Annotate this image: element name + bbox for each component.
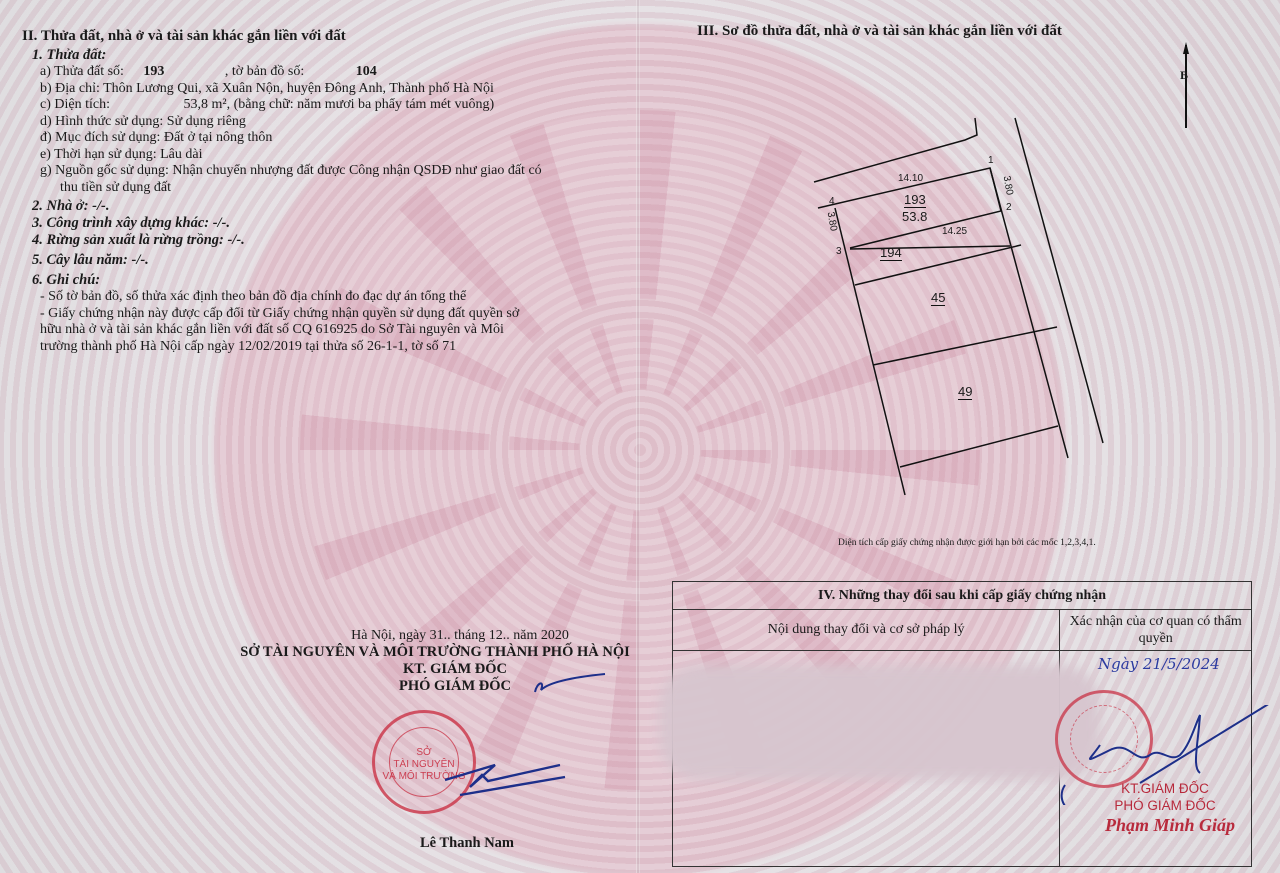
usage-form-row: d) Hình thức sử dụng: Sử dụng riêng (22, 114, 622, 131)
other-construction-item: 3. Công trình xây dựng khác: -/-. (22, 215, 622, 232)
parcel-193-label: 193 (904, 192, 926, 208)
confirm-deputy: PHÓ GIÁM ĐỐC (1090, 797, 1240, 814)
note-line-2: - Giấy chứng nhận này được cấp đổi từ Gi… (22, 306, 622, 323)
issuing-authority: SỞ TÀI NGUYÊN VÀ MÔI TRƯỜNG THÀNH PHỐ HÀ… (220, 644, 650, 661)
usage-form-value: Sử dụng riêng (167, 114, 246, 129)
changes-col-confirmation: Xác nhận của cơ quan có thẩm quyền (1060, 610, 1252, 651)
diagram-caption: Diện tích cấp giấy chứng nhận được giới … (838, 538, 1096, 548)
map-label: , tờ bản đồ số: (225, 64, 304, 79)
purpose-value: Đất ở tại nông thôn (164, 130, 273, 145)
term-row: e) Thời hạn sử dụng: Lâu dài (22, 147, 622, 164)
neighbor-parcel-194: 194 (880, 245, 902, 261)
corner-2-label: 2 (1006, 202, 1012, 213)
purpose-row: đ) Mục đích sử dụng: Đất ở tại nông thôn (22, 130, 622, 147)
changes-col-content: Nội dung thay đổi và cơ sở pháp lý (673, 610, 1060, 651)
redacted-region (660, 665, 1100, 780)
address-label: b) Địa chỉ: (40, 81, 100, 96)
area-value: 53,8 m², (bằng chữ: năm mươi ba phẩy tám… (184, 97, 495, 112)
signature-initial-icon (525, 670, 615, 700)
parcel-label: a) Thửa đất số: (40, 64, 124, 79)
house-item: 2. Nhà ở: -/-. (22, 198, 622, 215)
neighbor-parcel-49: 49 (958, 384, 972, 400)
top-length-label: 14.10 (898, 173, 923, 184)
note-line-1: - Số tờ bản đồ, số thửa xác định theo bả… (22, 289, 622, 306)
corner-3-label: 3 (836, 246, 842, 257)
signature-icon (440, 755, 580, 800)
center-fold (636, 0, 640, 873)
left-page: II. Thửa đất, nhà ở và tài sản khác gắn … (22, 28, 622, 355)
note-line-4: trường thành phố Hà Nội cấp ngày 12/02/2… (22, 339, 622, 356)
parcel-number-row: a) Thửa đất số: 193 , tờ bản đồ số: 104 (22, 64, 622, 81)
parcel-number: 193 (127, 64, 221, 81)
term-value: Lâu dài (160, 147, 202, 162)
term-label: e) Thời hạn sử dụng: (40, 147, 157, 162)
forest-item: 4. Rừng sản xuất là rừng trồng: -/-. (22, 232, 622, 249)
signer-name: Lê Thanh Nam (420, 835, 514, 852)
confirm-signer-name: Phạm Minh Giáp (1090, 815, 1250, 836)
perennial-item: 5. Cây lâu năm: -/-. (22, 252, 622, 269)
purpose-label: đ) Mục đích sử dụng: (40, 130, 160, 145)
origin-label: g) Nguồn gốc sử dụng: (40, 163, 169, 178)
confirm-title-block: KT.GIÁM ĐỐC PHÓ GIÁM ĐỐC (1090, 780, 1240, 814)
changes-title: IV. Những thay đổi sau khi cấp giấy chứn… (673, 582, 1252, 610)
corner-4-label: 4 (829, 196, 835, 207)
confirm-kt: KT.GIÁM ĐỐC (1090, 780, 1240, 797)
north-arrow-icon (1183, 42, 1189, 54)
corner-1-label: 1 (988, 155, 994, 166)
origin-value-2: thu tiền sử dụng đất (22, 180, 622, 197)
usage-form-label: d) Hình thức sử dụng: (40, 114, 163, 129)
map-number: 104 (308, 64, 377, 81)
handwritten-date: Ngày 21/5/2024 (1098, 655, 1220, 673)
land-heading: 1. Thửa đất: (22, 47, 622, 64)
notes-heading: 6. Ghi chú: (22, 272, 622, 289)
address-row: b) Địa chỉ: Thôn Lương Qui, xã Xuân Nộn,… (22, 81, 622, 98)
address-value: Thôn Lương Qui, xã Xuân Nộn, huyện Đông … (103, 81, 494, 96)
parcel-area-label: 53.8 (902, 209, 927, 224)
origin-value-1: Nhận chuyển nhượng đất được Công nhận QS… (172, 163, 541, 178)
neighbor-parcel-45: 45 (931, 290, 945, 306)
bottom-length-label: 14.25 (942, 226, 967, 237)
issue-date: Hà Nội, ngày 31.. tháng 12.. năm 2020 (220, 628, 650, 644)
area-label: c) Diện tích: (40, 97, 180, 114)
parcel-diagram (780, 30, 1260, 550)
section-ii-title: II. Thửa đất, nhà ở và tài sản khác gắn … (22, 28, 622, 45)
north-label: B (1180, 68, 1188, 83)
origin-row: g) Nguồn gốc sử dụng: Nhận chuyển nhượng… (22, 163, 622, 180)
area-row: c) Diện tích: 53,8 m², (bằng chữ: năm mư… (22, 97, 622, 114)
note-line-3: hữu nhà ở và tài sản khác gắn liền với đ… (22, 322, 622, 339)
